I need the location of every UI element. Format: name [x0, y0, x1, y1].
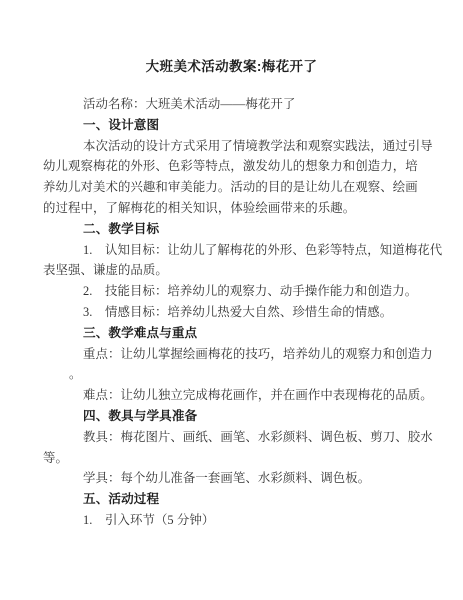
heading-materials: 四、教具与学具准备: [43, 406, 433, 427]
para-design-intent-line: 幼儿观察梅花的外形、色彩等特点，激发幼儿的想象力和创造力，培: [43, 156, 433, 177]
line-activity-name: 活动名称：大班美术活动——梅花开了: [43, 94, 433, 115]
heading-teaching-goals: 二、教学目标: [43, 219, 433, 240]
line-cognitive-goal: 表坚强、谦虚的品质。: [43, 260, 433, 281]
heading-difficulties-key-points: 三、教学难点与重点: [43, 323, 433, 344]
line-key-point-wrapped-period: 。: [43, 364, 433, 385]
document-page: 大班美术活动教案:梅花开了 活动名称：大班美术活动——梅花开了 一、设计意图 本…: [0, 0, 463, 600]
line-teacher-materials: 等。: [43, 448, 433, 469]
line-cognitive-goal: 1. 认知目标：让幼儿了解梅花的外形、色彩等特点，知道梅花代: [43, 240, 433, 261]
heading-activity-process: 五、活动过程: [43, 489, 433, 510]
para-design-intent-line: 本次活动的设计方式采用了情境教学法和观察实践法，通过引导: [43, 136, 433, 157]
line-difficulty: 难点：让幼儿独立完成梅花画作，并在画作中表现梅花的品质。: [43, 385, 433, 406]
line-student-materials: 学具：每个幼儿准备一套画笔、水彩颜料、调色板。: [43, 468, 433, 489]
heading-design-intent: 一、设计意图: [43, 115, 433, 136]
para-design-intent-line: 养幼儿对美术的兴趣和审美能力。活动的目的是让幼儿在观察、绘画: [43, 177, 433, 198]
para-design-intent-line: 的过程中，了解梅花的相关知识，体验绘画带来的乐趣。: [43, 198, 433, 219]
line-key-point: 重点：让幼儿掌握绘画梅花的技巧，培养幼儿的观察力和创造力: [43, 344, 433, 365]
line-teacher-materials: 教具：梅花图片、画纸、画笔、水彩颜料、调色板、剪刀、胶水: [43, 427, 433, 448]
line-intro-step: 1. 引入环节（5 分钟）: [43, 510, 433, 531]
line-emotional-goal: 3. 情感目标：培养幼儿热爱大自然、珍惜生命的情感。: [43, 302, 433, 323]
line-skill-goal: 2. 技能目标：培养幼儿的观察力、动手操作能力和创造力。: [43, 281, 433, 302]
document-body: 活动名称：大班美术活动——梅花开了 一、设计意图 本次活动的设计方式采用了情境教…: [43, 94, 433, 531]
document-title: 大班美术活动教案:梅花开了: [0, 59, 463, 75]
